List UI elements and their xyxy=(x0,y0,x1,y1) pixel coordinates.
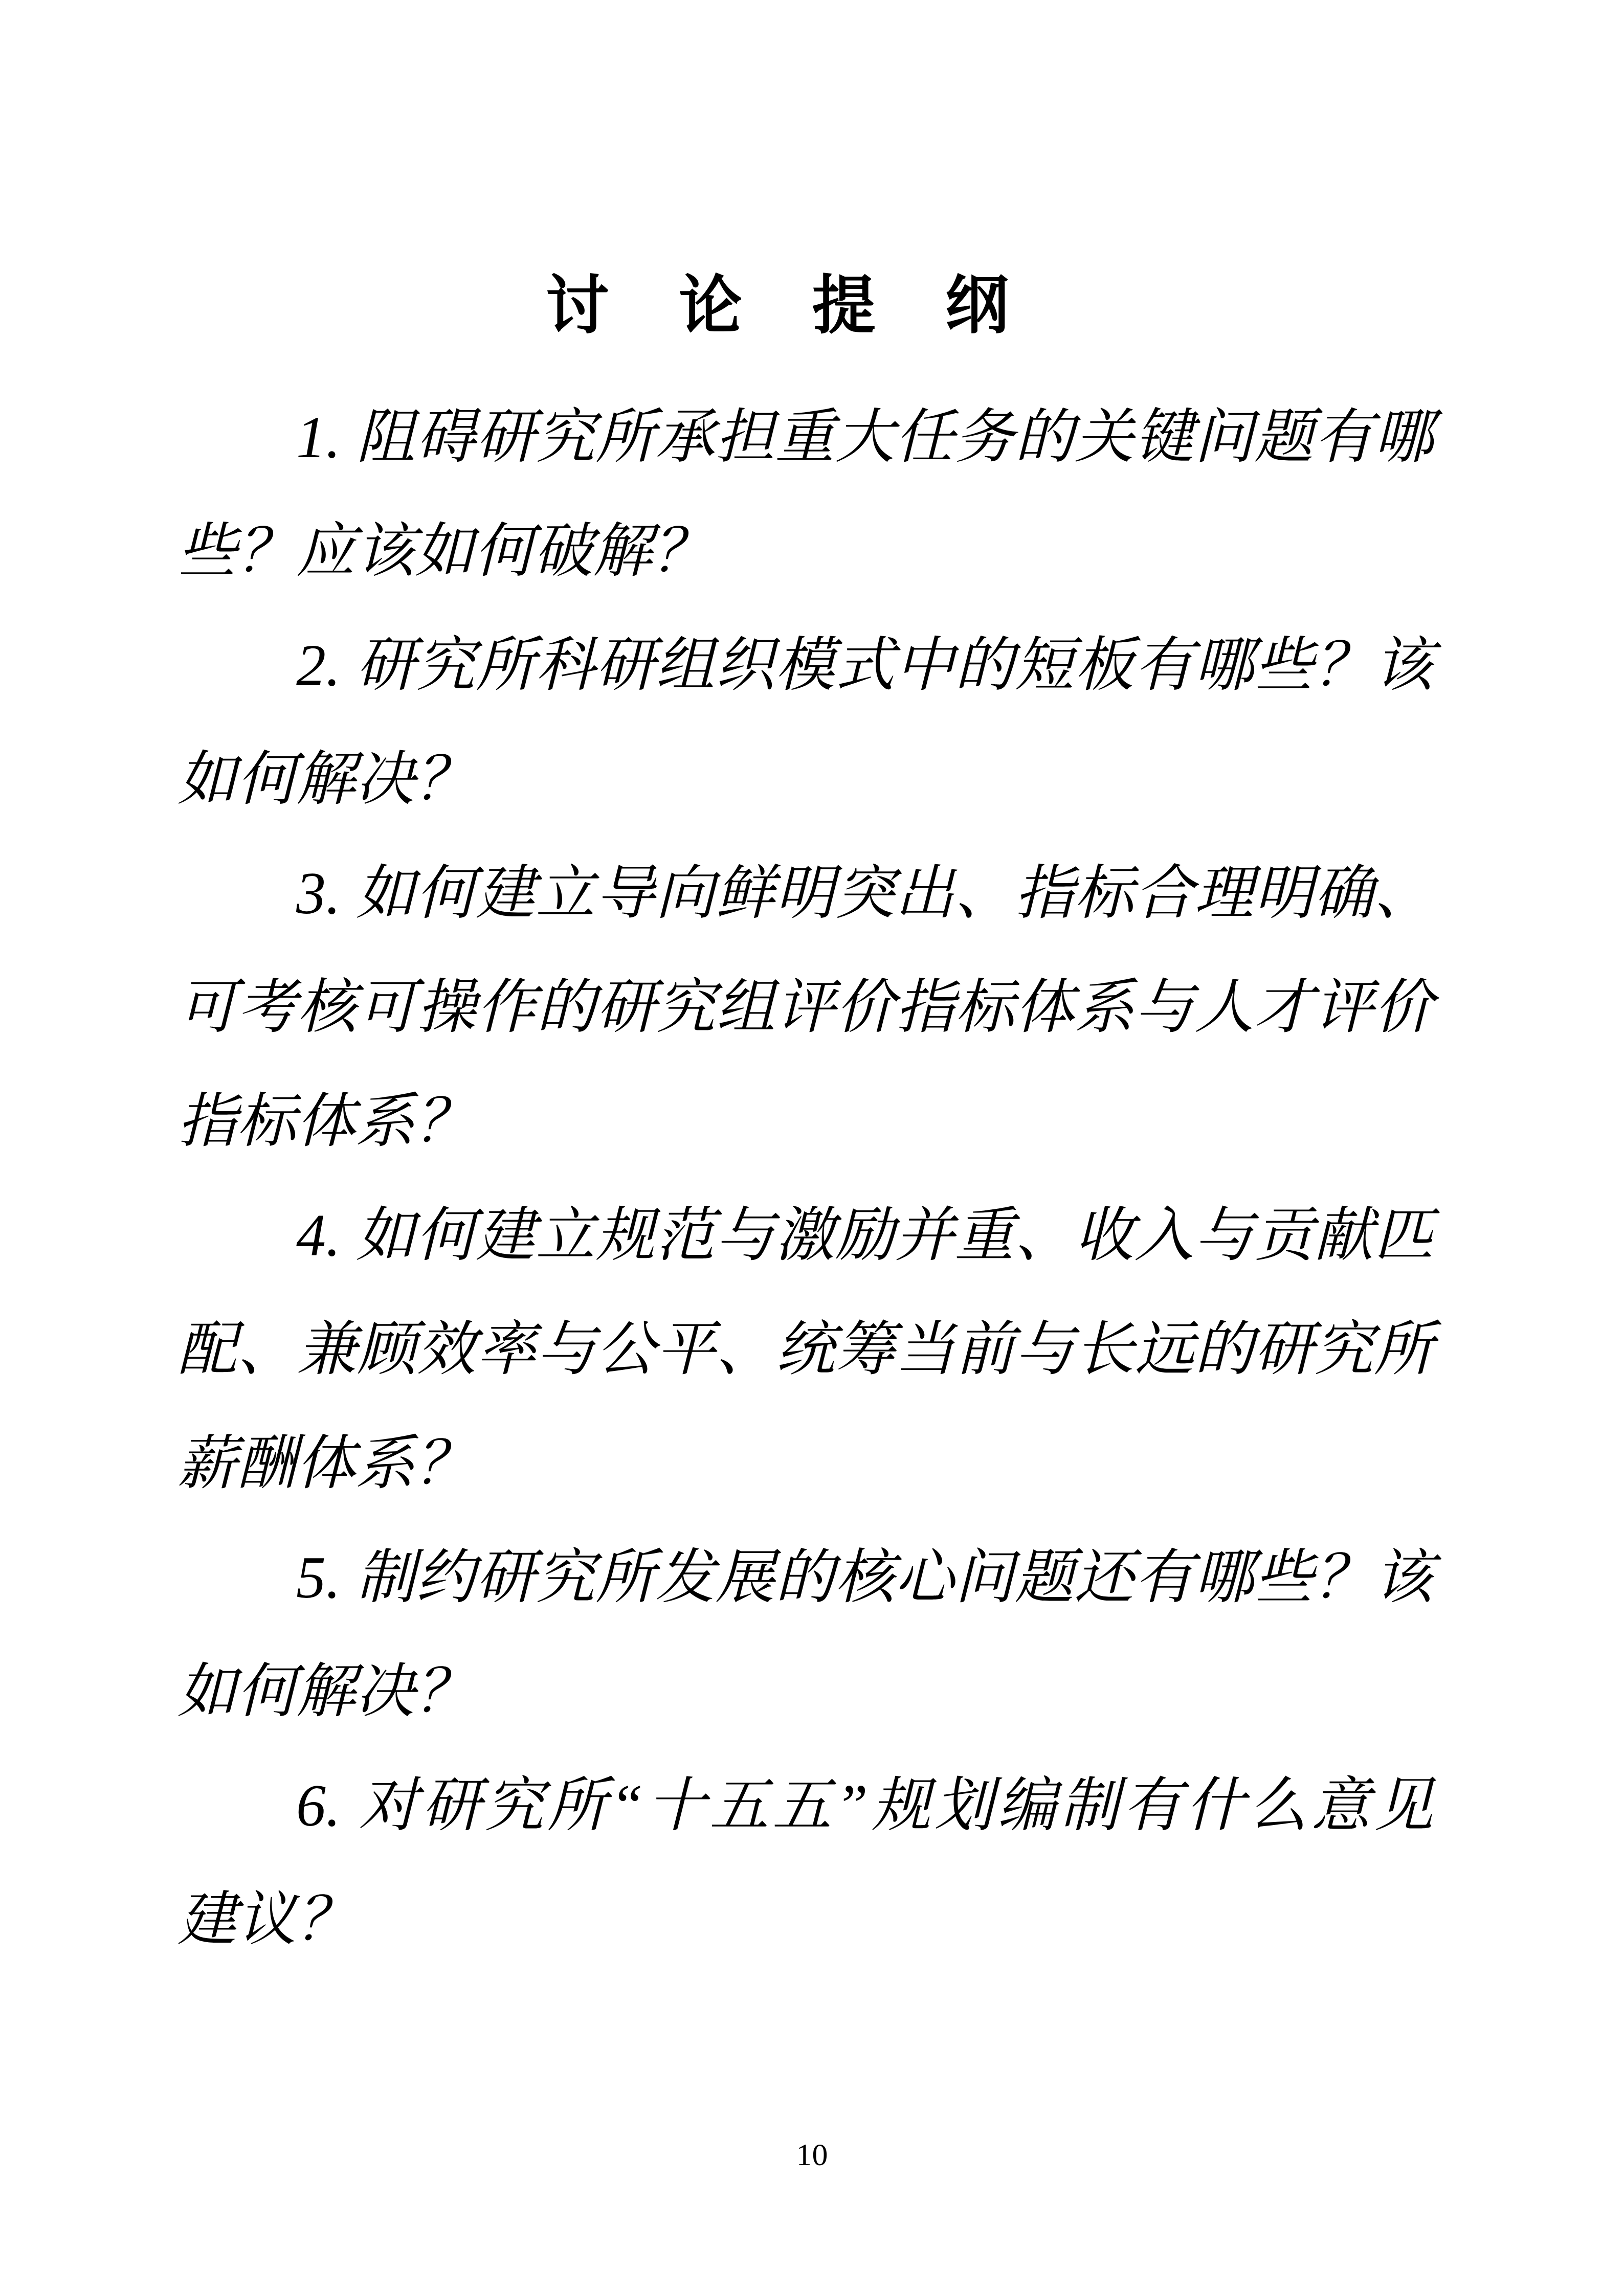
outline-item-5: 5. 制约研究所发展的核心问题还有哪些？该 如何解决？ xyxy=(177,1521,1433,1749)
outline-line: 可考核可操作的研究组评价指标体系与人才评价 xyxy=(177,951,1433,1065)
outline-line: 如何解决？ xyxy=(177,723,1433,837)
outline-line: 6. 对研究所“十五五”规划编制有什么意见 xyxy=(177,1749,1433,1863)
outline-line: 1. 阻碍研究所承担重大任务的关键问题有哪 xyxy=(177,381,1433,495)
outline-item-2: 2. 研究所科研组织模式中的短板有哪些？该 如何解决？ xyxy=(177,609,1433,837)
title-row: 讨论提纲 xyxy=(0,0,1624,347)
page-title: 讨论提纲 xyxy=(546,265,1079,347)
outline-line: 2. 研究所科研组织模式中的短板有哪些？该 xyxy=(177,609,1433,723)
outline-line: 如何解决？ xyxy=(177,1635,1433,1749)
page-number: 10 xyxy=(0,2136,1624,2173)
outline-line: 指标体系？ xyxy=(177,1065,1433,1179)
document-page: 讨论提纲 1. 阻碍研究所承担重大任务的关键问题有哪 些？应该如何破解？ 2. … xyxy=(0,0,1624,2296)
outline-item-4: 4. 如何建立规范与激励并重、收入与贡献匹 配、兼顾效率与公平、统筹当前与长远的… xyxy=(177,1179,1433,1521)
outline-item-1: 1. 阻碍研究所承担重大任务的关键问题有哪 些？应该如何破解？ xyxy=(177,381,1433,609)
outline-line: 些？应该如何破解？ xyxy=(177,495,1433,609)
outline-line: 5. 制约研究所发展的核心问题还有哪些？该 xyxy=(177,1521,1433,1635)
outline-item-3: 3. 如何建立导向鲜明突出、指标合理明确、 可考核可操作的研究组评价指标体系与人… xyxy=(177,837,1433,1179)
outline-line: 3. 如何建立导向鲜明突出、指标合理明确、 xyxy=(177,837,1433,951)
outline-body: 1. 阻碍研究所承担重大任务的关键问题有哪 些？应该如何破解？ 2. 研究所科研… xyxy=(177,381,1433,1977)
outline-line: 4. 如何建立规范与激励并重、收入与贡献匹 xyxy=(177,1179,1433,1293)
outline-line: 薪酬体系？ xyxy=(177,1407,1433,1521)
outline-line: 配、兼顾效率与公平、统筹当前与长远的研究所 xyxy=(177,1293,1433,1407)
outline-item-6: 6. 对研究所“十五五”规划编制有什么意见 建议？ xyxy=(177,1749,1433,1977)
outline-line: 建议？ xyxy=(177,1863,1433,1977)
